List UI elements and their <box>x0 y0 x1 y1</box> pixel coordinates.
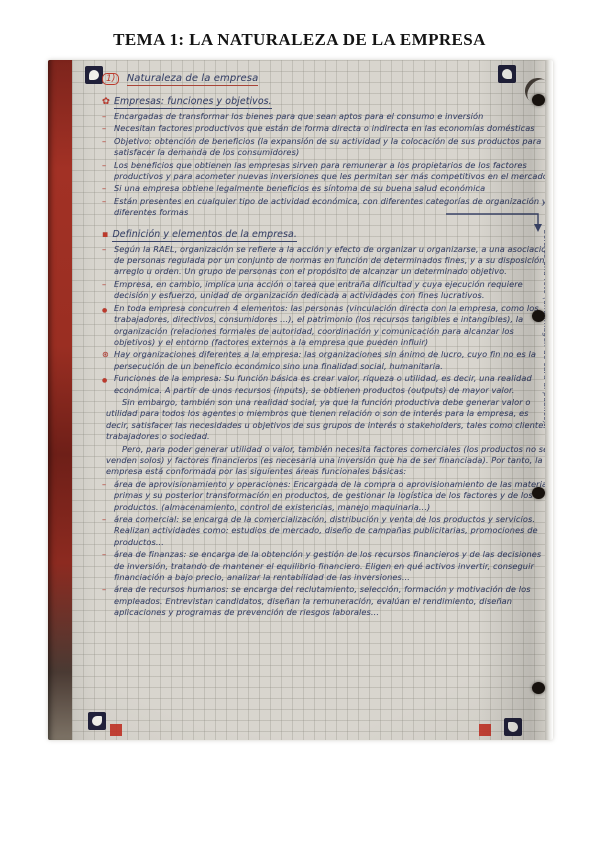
note-line-text: Necesitan factores productivos que están… <box>114 123 535 133</box>
dash-bullet-icon: – <box>102 160 106 171</box>
margin-arrow-icon <box>444 206 548 236</box>
note-line-text: Hay organizaciones diferentes a la empre… <box>114 349 536 370</box>
note-section-title: Empresas: funciones y objetivos. <box>114 96 272 109</box>
dash-bullet-icon: – <box>102 279 106 290</box>
notes-photo: 1) Naturaleza de la empresa ✿Empresas: f… <box>48 60 553 740</box>
fiducial-marker-icon <box>504 718 522 736</box>
dot-bullet-icon: ● <box>102 305 107 316</box>
note-line-text: Si una empresa obtiene legalmente benefi… <box>114 183 485 193</box>
note-line: –Los beneficios que obtienen las empresa… <box>102 160 553 183</box>
note-line-text: Encargadas de transformar los bienes par… <box>114 111 483 121</box>
note-line: ●Funciones de la empresa: Su función bás… <box>102 373 553 396</box>
note-line: ●En toda empresa concurren 4 elementos: … <box>102 303 553 349</box>
notebook-red-edge <box>48 60 72 740</box>
note-line-text: área de aprovisionamiento y operaciones:… <box>114 479 551 512</box>
note-line: Pero, para poder generar utilidad o valo… <box>102 444 553 478</box>
circled-number: 1) <box>102 73 119 85</box>
note-line-text: área de recursos humanos: se encarga del… <box>114 584 531 617</box>
note-line-text: Los beneficios que obtienen las empresas… <box>114 160 548 181</box>
note-line-text: área comercial: se encarga de la comerci… <box>114 514 538 547</box>
fiducial-marker-icon <box>85 66 103 84</box>
note-line-text: Pero, para poder generar utilidad o valo… <box>106 444 548 477</box>
ast-bullet-icon: ⊛ <box>102 349 109 360</box>
binding-hole-icon <box>532 682 545 694</box>
handwritten-notes: 1) Naturaleza de la empresa ✿Empresas: f… <box>102 72 553 620</box>
dot-bullet-icon: ● <box>102 375 107 386</box>
note-line-text: área de finanzas: se encarga de la obten… <box>114 549 541 582</box>
dash-bullet-icon: – <box>102 514 106 525</box>
page-edge <box>545 60 553 740</box>
flower-doodle-icon: ✿ <box>102 96 110 107</box>
binding-hole-icon <box>532 94 545 106</box>
dash-bullet-icon: – <box>102 123 106 134</box>
note-line: –Necesitan factores productivos que está… <box>102 123 553 134</box>
note-line: –Encargadas de transformar los bienes pa… <box>102 111 553 122</box>
binding-hole-icon <box>532 487 545 499</box>
dash-bullet-icon: – <box>102 584 106 595</box>
note-line-text: En toda empresa concurren 4 elementos: l… <box>114 303 539 347</box>
note-title-line: 1) Naturaleza de la empresa <box>102 72 553 86</box>
note-line: –Si una empresa obtiene legalmente benef… <box>102 183 553 194</box>
square-doodle-icon: ▪ <box>102 229 108 240</box>
red-square-mark <box>110 724 122 736</box>
dash-bullet-icon: – <box>102 549 106 560</box>
note-section-title: Definición y elementos de la empresa. <box>112 229 296 242</box>
dash-bullet-icon: – <box>102 136 106 147</box>
note-line: Sin embargo, también son una realidad so… <box>102 397 553 443</box>
note-line-text: Sin embargo, también son una realidad so… <box>106 397 550 441</box>
note-section-heading: ✿Empresas: funciones y objetivos. <box>102 96 553 108</box>
note-line: ⊛Hay organizaciones diferentes a la empr… <box>102 349 553 372</box>
dash-bullet-icon: – <box>102 196 106 207</box>
note-line: –área comercial: se encarga de la comerc… <box>102 514 553 548</box>
note-line: –área de finanzas: se encarga de la obte… <box>102 549 553 583</box>
red-square-mark <box>479 724 491 736</box>
note-title-text: Naturaleza de la empresa <box>127 73 259 86</box>
note-line: –área de recursos humanos: se encarga de… <box>102 584 553 618</box>
note-line-text: Empresa, en cambio, implica una acción o… <box>114 279 523 300</box>
page-title: TEMA 1: LA NATURALEZA DE LA EMPRESA <box>0 30 599 50</box>
note-line-text: Objetivo: obtención de beneficios (la ex… <box>114 136 541 157</box>
note-line: –área de aprovisionamiento y operaciones… <box>102 479 553 513</box>
note-line: –Empresa, en cambio, implica una acción … <box>102 279 553 302</box>
note-line-text: Según la RAEL, organización se refiere a… <box>114 244 552 277</box>
note-line: –Objetivo: obtención de beneficios (la e… <box>102 136 553 159</box>
dash-bullet-icon: – <box>102 479 106 490</box>
graph-paper: 1) Naturaleza de la empresa ✿Empresas: f… <box>72 60 545 740</box>
fiducial-marker-icon <box>88 712 106 730</box>
note-line-text: Funciones de la empresa: Su función bási… <box>114 373 532 394</box>
dash-bullet-icon: – <box>102 244 106 255</box>
binding-hole-icon <box>532 310 545 322</box>
note-line: –Según la RAEL, organización se refiere … <box>102 244 553 278</box>
dash-bullet-icon: – <box>102 183 106 194</box>
dash-bullet-icon: – <box>102 111 106 122</box>
